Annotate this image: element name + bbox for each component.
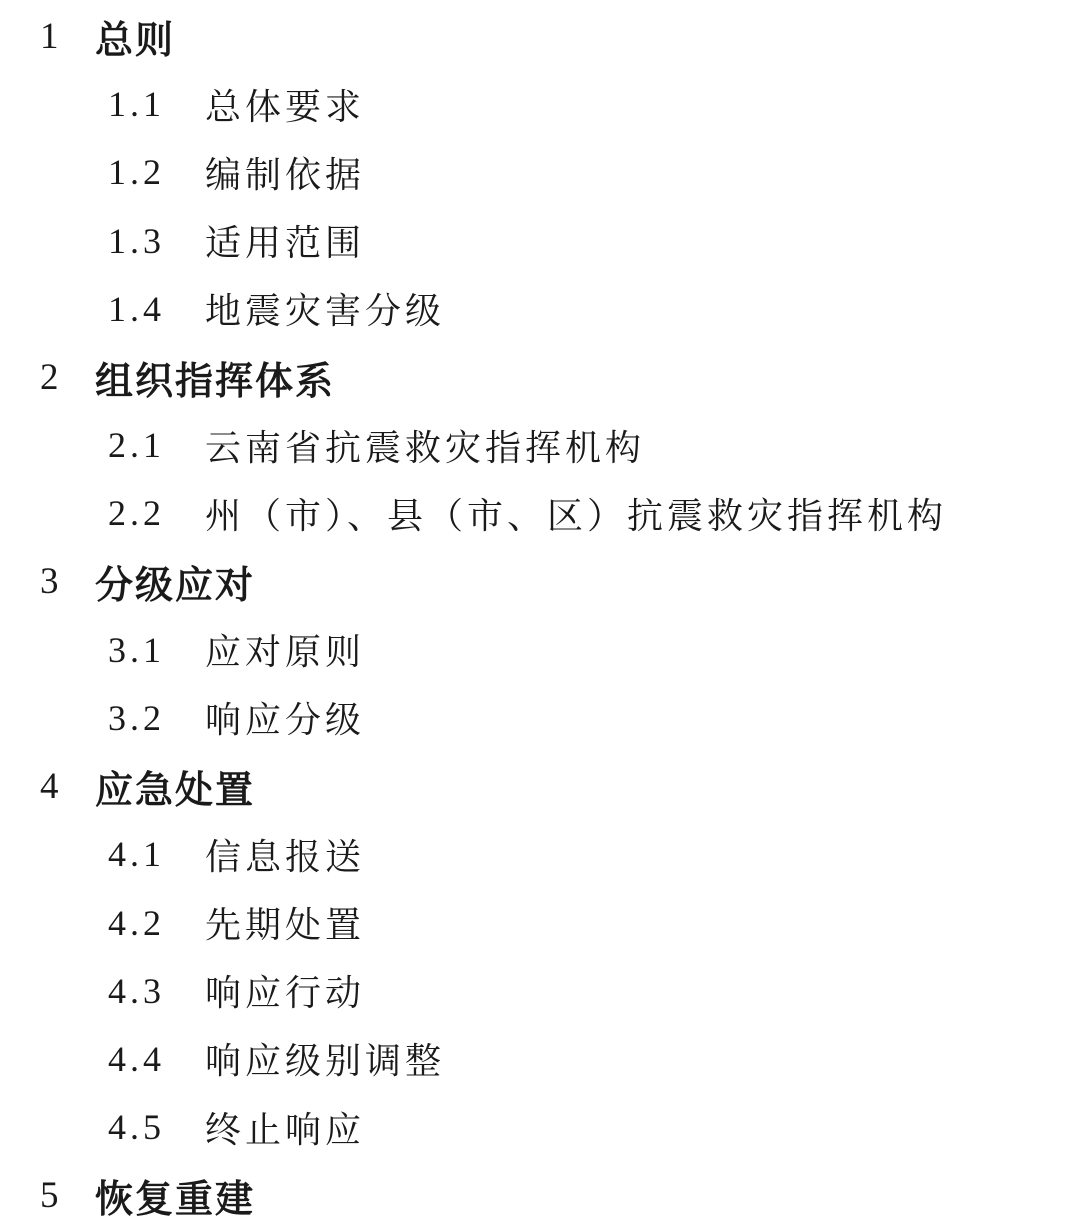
toc-item-title: 州（市）、县（市、区）抗震救灾指挥机构 [205, 488, 947, 539]
toc-chapter-title: 组织指挥体系 [95, 350, 335, 405]
toc-item-number: 2.1 [108, 424, 205, 466]
toc-item-title: 响应级别调整 [205, 1033, 445, 1084]
toc-item-title: 先期处置 [205, 897, 365, 948]
toc-chapter-row: 5恢复重建 [0, 1161, 1080, 1229]
toc-item-title: 适用范围 [205, 215, 365, 266]
toc-item-row: 2.1云南省抗震救灾指挥机构 [0, 411, 1080, 479]
toc-item-row: 1.3适用范围 [0, 207, 1080, 275]
toc-chapter-row: 3分级应对 [0, 548, 1080, 616]
toc-chapter-number: 3 [40, 560, 95, 603]
toc-chapter-title: 分级应对 [95, 554, 255, 609]
toc-item-number: 4.3 [108, 970, 205, 1012]
toc-item-row: 1.1总体要求 [0, 70, 1080, 138]
toc-chapter-row: 1总则 [0, 2, 1080, 70]
toc-item-title: 响应分级 [205, 692, 365, 743]
toc-item-number: 4.5 [108, 1106, 205, 1148]
toc-item-title: 应对原则 [205, 624, 365, 675]
toc-item-row: 2.2州（市）、县（市、区）抗震救灾指挥机构 [0, 479, 1080, 547]
toc-item-title: 响应行动 [205, 965, 365, 1016]
toc-item-row: 4.4响应级别调整 [0, 1025, 1080, 1093]
toc-item-number: 4.1 [108, 833, 205, 875]
toc-chapter-title: 总则 [95, 9, 175, 64]
toc-chapter-number: 4 [40, 765, 95, 808]
toc-item-number: 1.1 [108, 83, 205, 125]
toc-chapter-number: 5 [40, 1174, 95, 1217]
toc-item-title: 地震灾害分级 [205, 283, 445, 334]
toc-item-row: 3.1应对原则 [0, 616, 1080, 684]
toc-item-number: 4.2 [108, 902, 205, 944]
toc-item-row: 4.5终止响应 [0, 1093, 1080, 1161]
toc-chapter-number: 1 [40, 15, 95, 58]
toc-item-number: 3.2 [108, 697, 205, 739]
toc-item-row: 4.1信息报送 [0, 820, 1080, 888]
toc-item-number: 1.4 [108, 288, 205, 330]
toc-item-number: 1.2 [108, 151, 205, 193]
toc-item-number: 1.3 [108, 220, 205, 262]
toc-item-title: 云南省抗震救灾指挥机构 [205, 420, 645, 471]
toc-item-number: 3.1 [108, 629, 205, 671]
toc-chapter-title: 应急处置 [95, 759, 255, 814]
toc-item-row: 1.2编制依据 [0, 138, 1080, 206]
toc-item-row: 4.3响应行动 [0, 957, 1080, 1025]
toc-item-row: 4.2先期处置 [0, 888, 1080, 956]
toc-item-row: 1.4地震灾害分级 [0, 275, 1080, 343]
toc-chapter-row: 2组织指挥体系 [0, 343, 1080, 411]
toc-item-number: 4.4 [108, 1038, 205, 1080]
toc-item-row: 3.2响应分级 [0, 684, 1080, 752]
toc-chapter-row: 4应急处置 [0, 752, 1080, 820]
toc-item-title: 编制依据 [205, 147, 365, 198]
toc-item-title: 总体要求 [205, 79, 365, 130]
toc-item-number: 2.2 [108, 492, 205, 534]
toc-chapter-number: 2 [40, 356, 95, 399]
table-of-contents: 1总则1.1总体要求1.2编制依据1.3适用范围1.4地震灾害分级2组织指挥体系… [0, 0, 1080, 1229]
toc-item-title: 信息报送 [205, 829, 365, 880]
toc-item-title: 终止响应 [205, 1102, 365, 1153]
toc-chapter-title: 恢复重建 [95, 1168, 255, 1223]
